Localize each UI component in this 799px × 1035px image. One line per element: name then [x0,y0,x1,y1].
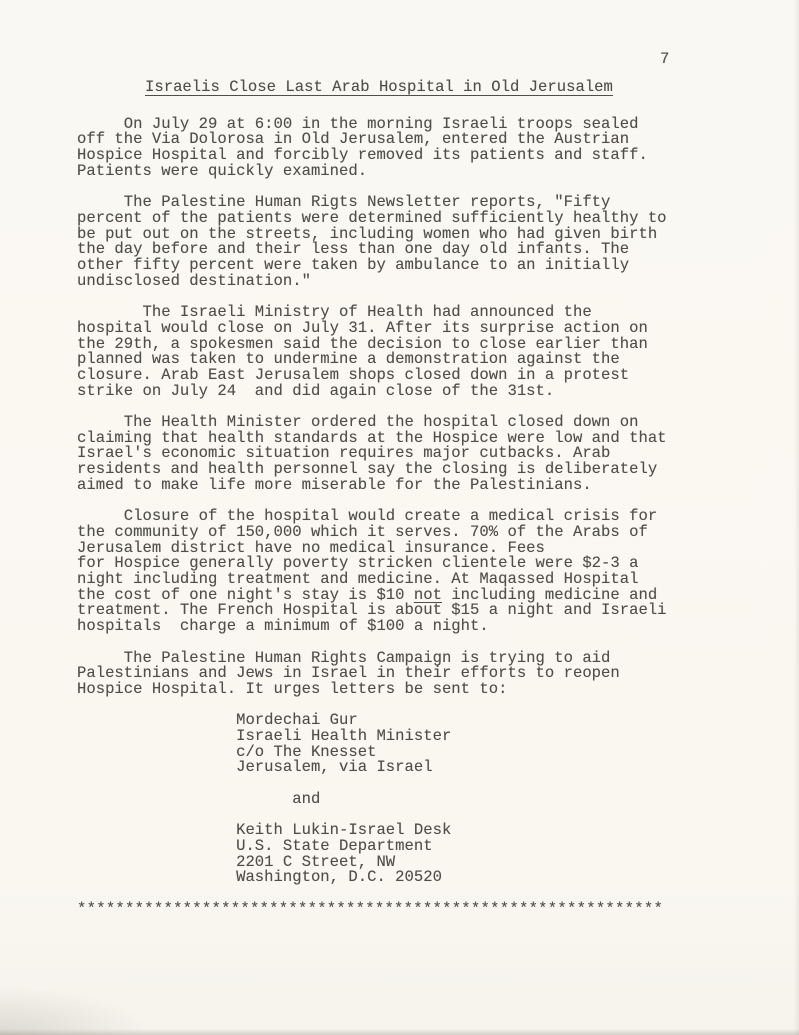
scan-right-edge [794,0,799,1035]
document-page: 7 Israelis Close Last Arab Hospital in O… [0,0,799,1035]
paragraph-1: On July 29 at 6:00 in the morning Israel… [77,117,767,180]
paragraph-5: Closure of the hospital would create a m… [77,509,767,635]
scan-bottom-edge [0,1029,799,1035]
address-block-2: Keith Lukin-Israel Desk U.S. State Depar… [77,823,767,886]
page-number: 7 [660,52,669,68]
document-body: Israelis Close Last Arab Hospital in Old… [77,80,767,918]
asterisk-separator: ****************************************… [77,902,767,918]
scan-corner-shadow [0,985,150,1035]
connector-and: and [77,792,767,808]
paragraph-3: The Israeli Ministry of Health had annou… [77,305,767,399]
address-block-1: Mordechai Gur Israeli Health Minister c/… [77,713,767,776]
paragraph-2: The Palestine Human Rigts Newsletter rep… [77,195,767,289]
paragraph-4: The Health Minister ordered the hospital… [77,415,767,494]
document-title: Israelis Close Last Arab Hospital in Old… [145,80,767,96]
paragraph-6: The Palestine Human Rights Campaign is t… [77,651,767,698]
document-title-text: Israelis Close Last Arab Hospital in Old… [145,78,613,96]
